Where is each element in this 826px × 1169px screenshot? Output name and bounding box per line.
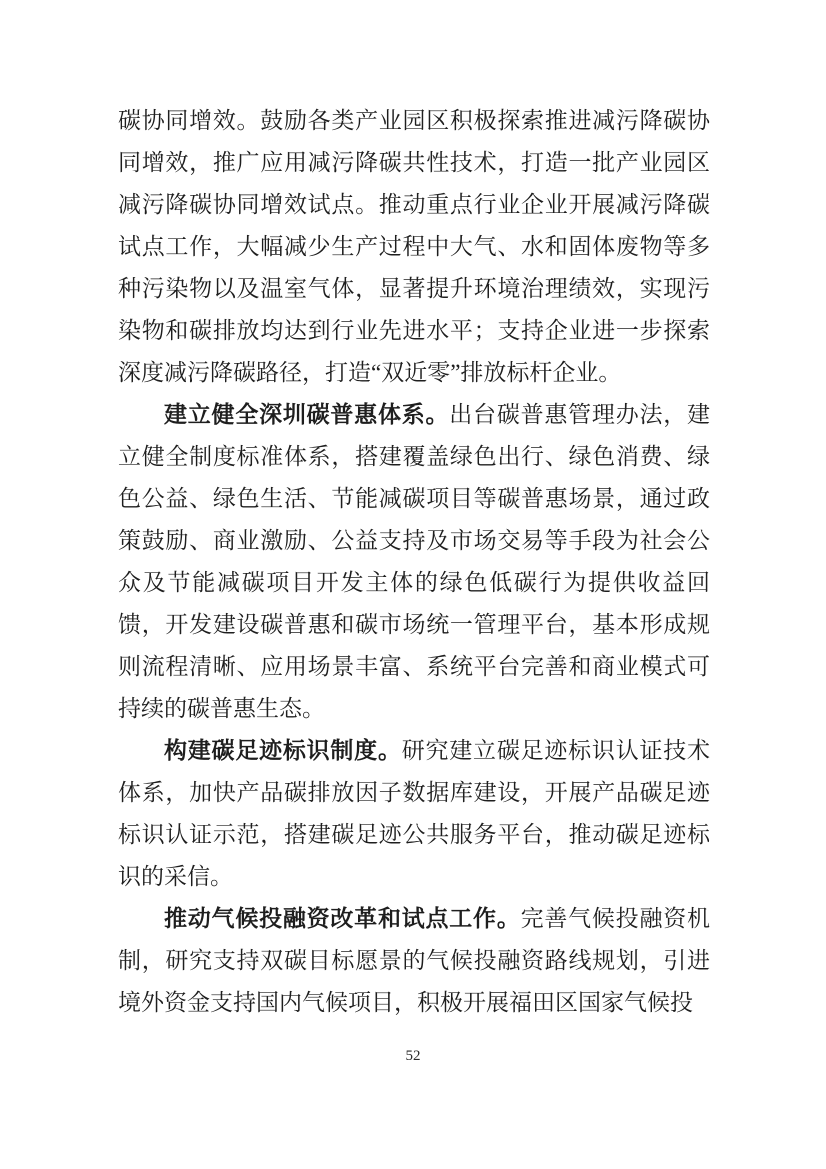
paragraph-lead: 建立健全深圳碳普惠体系。 <box>164 402 449 427</box>
paragraph-body: 出台碳普惠管理办法，建立健全制度标准体系，搭建覆盖绿色出行、绿色消费、绿色公益、… <box>118 402 710 721</box>
paragraph-climate-investment: 推动气候投融资改革和试点工作。完善气候投融资机制，研究支持双碳目标愿景的气候投融… <box>118 898 710 1024</box>
paragraph-carbon-footprint-label: 构建碳足迹标识制度。研究建立碳足迹标识认证技术体系，加快产品碳排放因子数据库建设… <box>118 730 710 898</box>
paragraph-continuation: 碳协同增效。鼓励各类产业园区积极探索推进减污降碳协同增效，推广应用减污降碳共性技… <box>118 100 710 394</box>
paragraph-body: 碳协同增效。鼓励各类产业园区积极探索推进减污降碳协同增效，推广应用减污降碳共性技… <box>118 108 710 385</box>
paragraph-carbon-inclusion: 建立健全深圳碳普惠体系。出台碳普惠管理办法，建立健全制度标准体系，搭建覆盖绿色出… <box>118 394 710 730</box>
paragraph-lead: 推动气候投融资改革和试点工作。 <box>164 906 521 931</box>
paragraph-lead: 构建碳足迹标识制度。 <box>164 738 402 763</box>
document-page: 碳协同增效。鼓励各类产业园区积极探索推进减污降碳协同增效，推广应用减污降碳共性技… <box>0 0 826 1169</box>
body-text: 碳协同增效。鼓励各类产业园区积极探索推进减污降碳协同增效，推广应用减污降碳共性技… <box>118 100 710 1024</box>
page-number: 52 <box>0 1046 826 1066</box>
